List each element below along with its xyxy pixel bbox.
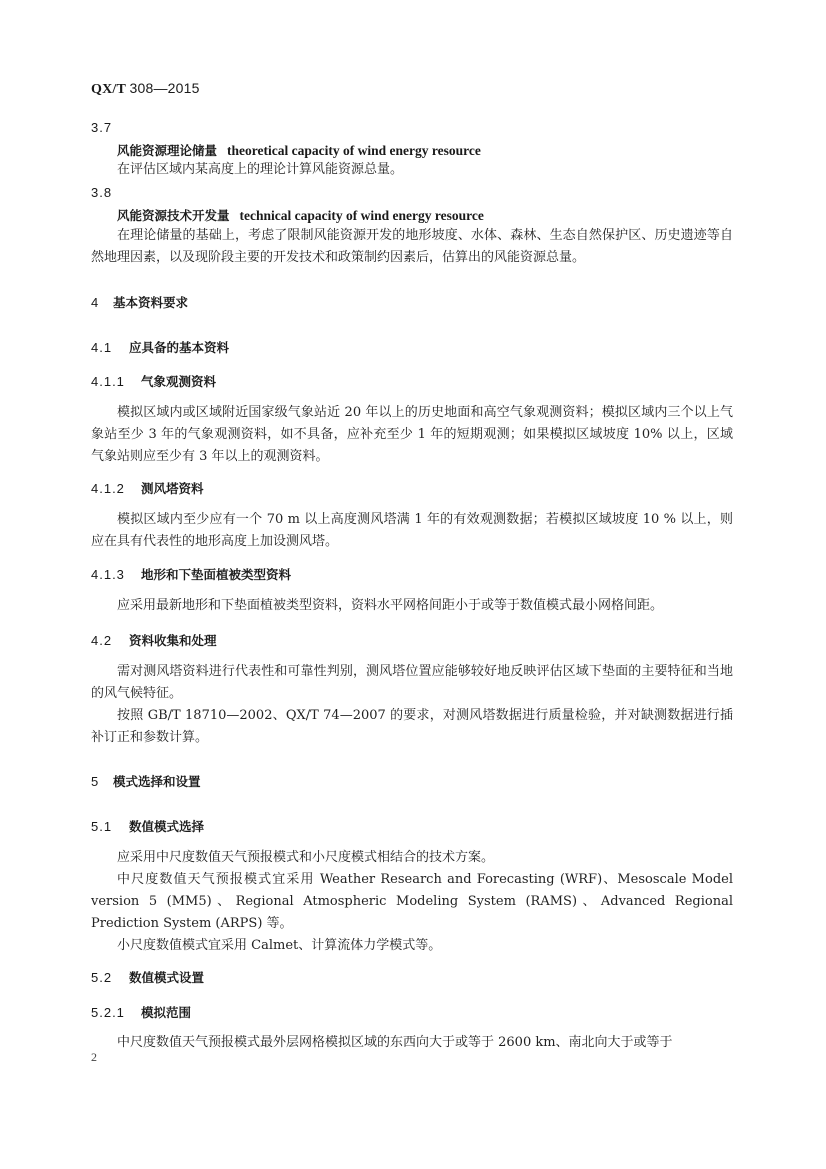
section-heading-5-1: 5.1数值模式选择 (91, 817, 204, 835)
term-en: technical capacity of wind energy resour… (240, 208, 484, 223)
paragraph-4-1-1: 模拟区域内或区域附近国家级气象站近 20 年以上的历史地面和高空气象观测资料；模… (91, 402, 733, 468)
paragraph-4-1-3: 应采用最新地形和下垫面植被类型资料，资料水平网格间距小于或等于数值模式最小网格间… (91, 595, 733, 617)
paragraph-4-1-2: 模拟区域内至少应有一个 70 m 以上高度测风塔满 1 年的有效观测数据；若模拟… (91, 509, 733, 553)
page-number: 2 (91, 1050, 97, 1065)
term-en: theoretical capacity of wind energy reso… (227, 143, 481, 158)
term-3-7: 风能资源理论储量theoretical capacity of wind ene… (117, 141, 481, 159)
paragraph-5-1-c: 小尺度数值模式宜采用 Calmet、计算流体力学模式等。 (91, 935, 733, 957)
term-3-8: 风能资源技术开发量technical capacity of wind ener… (117, 206, 484, 224)
section-heading-4-1-1: 4.1.1气象观测资料 (91, 372, 216, 390)
section-heading-4-2: 4.2资料收集和处理 (91, 631, 217, 649)
section-number: 4.1.1 (91, 374, 141, 389)
section-number: 4 (91, 295, 113, 310)
paragraph-4-2-a: 需对测风塔资料进行代表性和可靠性判别，测风塔位置应能够较好地反映评估区域下垫面的… (91, 661, 733, 705)
section-title: 资料收集和处理 (129, 633, 217, 648)
clause-number-3-7: 3.7 (91, 120, 112, 135)
section-heading-5: 5模式选择和设置 (91, 772, 201, 790)
section-heading-5-2-1: 5.2.1模拟范围 (91, 1003, 191, 1021)
paragraph-5-1-a: 应采用中尺度数值天气预报模式和小尺度模式相结合的技术方案。 (91, 847, 733, 869)
paragraph-5-1-b: 中尺度数值天气预报模式宜采用 Weather Research and Fore… (91, 869, 733, 935)
standard-prefix: QX/T (91, 82, 126, 97)
paragraph-5-2-1: 中尺度数值天气预报模式最外层网格模拟区域的东西向大于或等于 2600 km、南北… (91, 1032, 733, 1054)
clause-number-3-8: 3.8 (91, 185, 112, 200)
term-zh: 风能资源技术开发量 (117, 208, 230, 223)
standard-number: 308—2015 (129, 80, 199, 96)
definition-3-8: 在理论储量的基础上，考虑了限制风能资源开发的地形坡度、水体、森林、生态自然保护区… (91, 225, 733, 269)
section-heading-4: 4基本资料要求 (91, 293, 188, 311)
section-title: 数值模式选择 (129, 819, 204, 834)
term-zh: 风能资源理论储量 (117, 143, 217, 158)
document-page: QX/T 308—2015 3.7 风能资源理论储量theoretical ca… (0, 0, 826, 1169)
standard-header: QX/T 308—2015 (91, 80, 200, 98)
section-number: 5 (91, 774, 113, 789)
section-number: 4.1.3 (91, 567, 141, 582)
section-number: 4.1 (91, 340, 129, 355)
definition-3-7: 在评估区域内某高度上的理论计算风能资源总量。 (91, 159, 733, 181)
section-title: 基本资料要求 (113, 295, 188, 310)
paragraph-4-2-b: 按照 GB/T 18710—2002、QX/T 74—2007 的要求，对测风塔… (91, 705, 733, 749)
section-heading-4-1-3: 4.1.3地形和下垫面植被类型资料 (91, 565, 291, 583)
section-heading-4-1-2: 4.1.2测风塔资料 (91, 479, 204, 497)
section-number: 4.1.2 (91, 481, 141, 496)
section-title: 气象观测资料 (141, 374, 216, 389)
section-title: 地形和下垫面植被类型资料 (141, 567, 291, 582)
section-number: 5.1 (91, 819, 129, 834)
section-number: 4.2 (91, 633, 129, 648)
section-heading-5-2: 5.2数值模式设置 (91, 968, 204, 986)
section-title: 应具备的基本资料 (129, 340, 229, 355)
section-title: 模拟范围 (141, 1005, 191, 1020)
section-title: 测风塔资料 (141, 481, 204, 496)
section-number: 5.2.1 (91, 1005, 141, 1020)
section-number: 5.2 (91, 970, 129, 985)
section-heading-4-1: 4.1应具备的基本资料 (91, 338, 229, 356)
section-title: 数值模式设置 (129, 970, 204, 985)
section-title: 模式选择和设置 (113, 774, 201, 789)
